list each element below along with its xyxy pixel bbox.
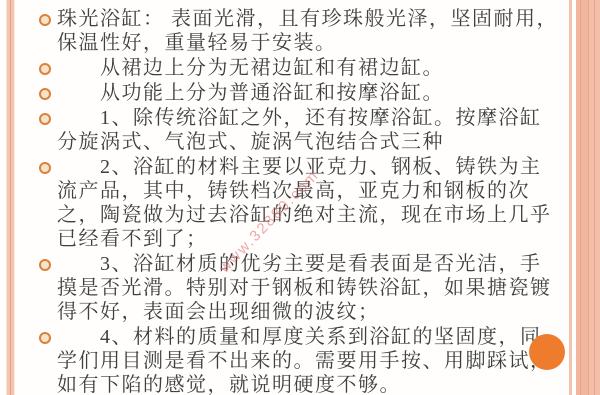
bullet-ring-icon bbox=[39, 63, 51, 75]
bullet-text: 1、除传统浴缸之外，还有按摩浴缸。按摩浴缸分旋涡式、气泡式、旋涡气泡结合式三种 bbox=[57, 107, 542, 153]
list-item: 2、浴缸的材料主要以亚克力、钢板、铸铁为主流产品，其中，铸铁档次最高，亚克力和钢… bbox=[28, 155, 560, 251]
bullet-text: 珠光浴缸： 表面光滑，且有珍珠般光泽，坚固耐用，保温性好，重量轻易于安装。 bbox=[57, 8, 558, 54]
list-item: 4、材料的质量和厚度关系到浴缸的坚固度，同学们用目测是看不出来的。需要用手按、用… bbox=[28, 325, 560, 395]
bullet-list: 珠光浴缸： 表面光滑，且有珍珠般光泽，坚固耐用，保温性好，重量轻易于安装。 从裙… bbox=[28, 7, 560, 395]
bullet-text: 4、材料的质量和厚度关系到浴缸的坚固度，同学们用目测是看不出来的。需要用手按、用… bbox=[57, 326, 552, 395]
slide-canvas: 珠光浴缸： 表面光滑，且有珍珠般光泽，坚固耐用，保温性好，重量轻易于安装。 从裙… bbox=[0, 0, 600, 395]
bullet-ring-icon bbox=[39, 162, 51, 174]
bullet-ring-icon bbox=[39, 259, 51, 271]
bullet-ring-icon bbox=[39, 88, 51, 100]
bullet-ring-icon bbox=[39, 113, 51, 125]
bullet-text: 2、浴缸的材料主要以亚克力、钢板、铸铁为主流产品，其中，铸铁档次最高，亚克力和钢… bbox=[57, 156, 552, 250]
list-item: 珠光浴缸： 表面光滑，且有珍珠般光泽，坚固耐用，保温性好，重量轻易于安装。 bbox=[28, 7, 560, 55]
bullet-ring-icon bbox=[39, 332, 51, 344]
left-stripe-decoration bbox=[6, 0, 15, 395]
right-stripe-decoration bbox=[568, 0, 600, 395]
bullet-text: 3、浴缸材质的优劣主要是看表面是否光洁，手摸是否光滑。特别对于钢板和铸铁浴缸，如… bbox=[57, 253, 552, 323]
bullet-ring-icon bbox=[39, 14, 51, 26]
list-item: 1、除传统浴缸之外，还有按摩浴缸。按摩浴缸分旋涡式、气泡式、旋涡气泡结合式三种 bbox=[28, 106, 560, 154]
list-item: 从裙边上分为无裙边缸和有裙边缸。 bbox=[28, 56, 560, 80]
bullet-text: 从裙边上分为无裙边缸和有裙边缸。 bbox=[100, 57, 444, 79]
accent-circle-decoration bbox=[529, 334, 565, 370]
bullet-text: 从功能上分为普通浴缸和按摩浴缸。 bbox=[100, 82, 444, 104]
slide-body-text-area: 珠光浴缸： 表面光滑，且有珍珠般光泽，坚固耐用，保温性好，重量轻易于安装。 从裙… bbox=[28, 7, 560, 395]
list-item: 从功能上分为普通浴缸和按摩浴缸。 bbox=[28, 81, 560, 105]
list-item: 3、浴缸材质的优劣主要是看表面是否光洁，手摸是否光滑。特别对于钢板和铸铁浴缸，如… bbox=[28, 252, 560, 324]
